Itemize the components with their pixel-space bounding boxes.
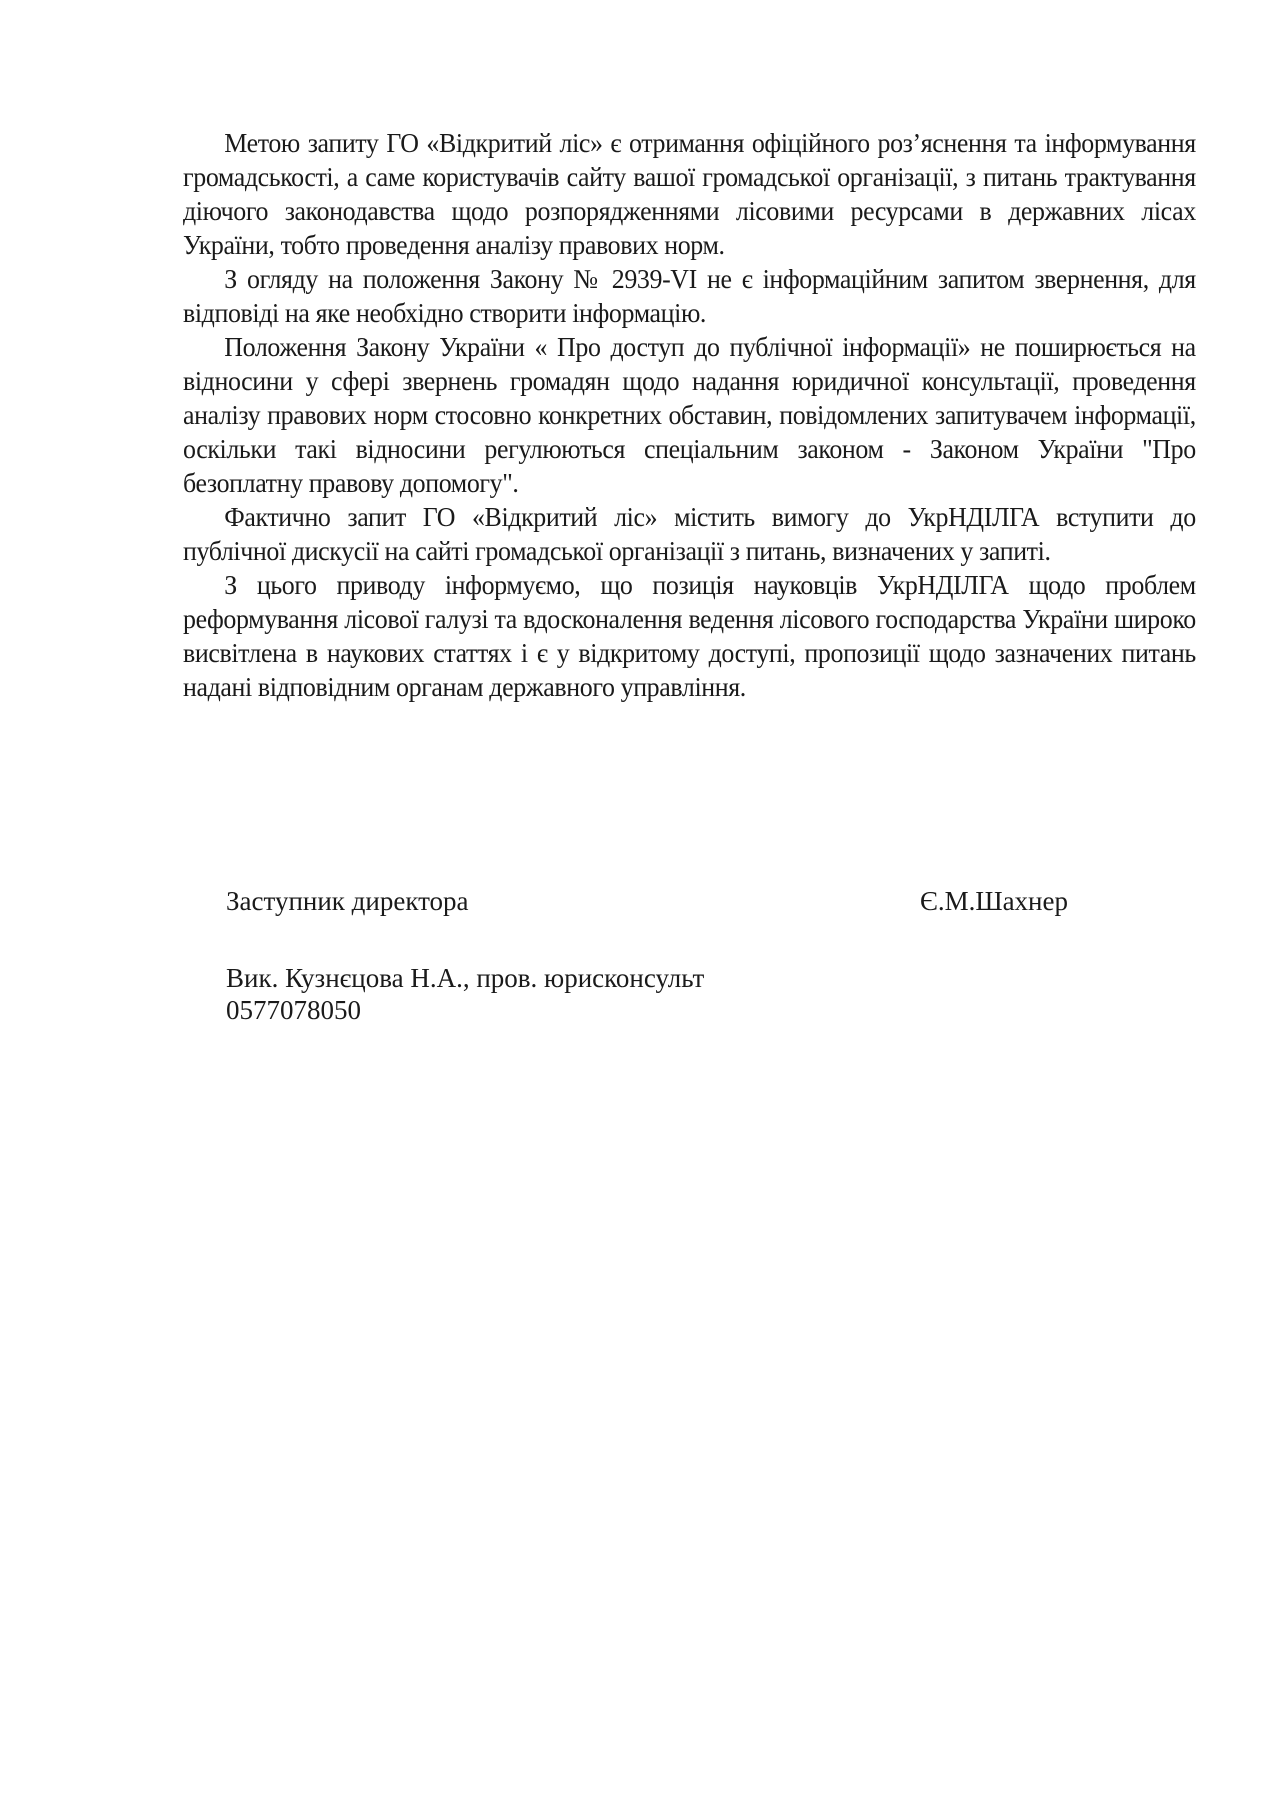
executor-name: Вик. Кузнєцова Н.А., пров. юрисконсульт (226, 962, 704, 994)
paragraph-public-information-law: Положення Закону України « Про доступ до… (183, 330, 1196, 500)
paragraph-request-purpose: Метою запиту ГО «Відкритий ліс» є отрима… (183, 126, 1196, 262)
paragraph-law-2939: З огляду на положення Закону № 2939-VI н… (183, 262, 1196, 330)
executor-block: Вик. Кузнєцова Н.А., пров. юрисконсульт … (226, 962, 704, 1026)
letter-body: Метою запиту ГО «Відкритий ліс» є отрима… (183, 126, 1196, 704)
paragraph-public-discussion: Фактично запит ГО «Відкритий ліс» містит… (183, 500, 1196, 568)
document-page: Метою запиту ГО «Відкритий ліс» є отрима… (0, 0, 1280, 1810)
paragraph-scientists-position: З цього приводу інформуємо, що позиція н… (183, 568, 1196, 704)
signatory-name: Є.М.Шахнер (920, 884, 1068, 918)
executor-phone: 0577078050 (226, 994, 704, 1026)
signatory-position: Заступник директора (226, 884, 469, 918)
